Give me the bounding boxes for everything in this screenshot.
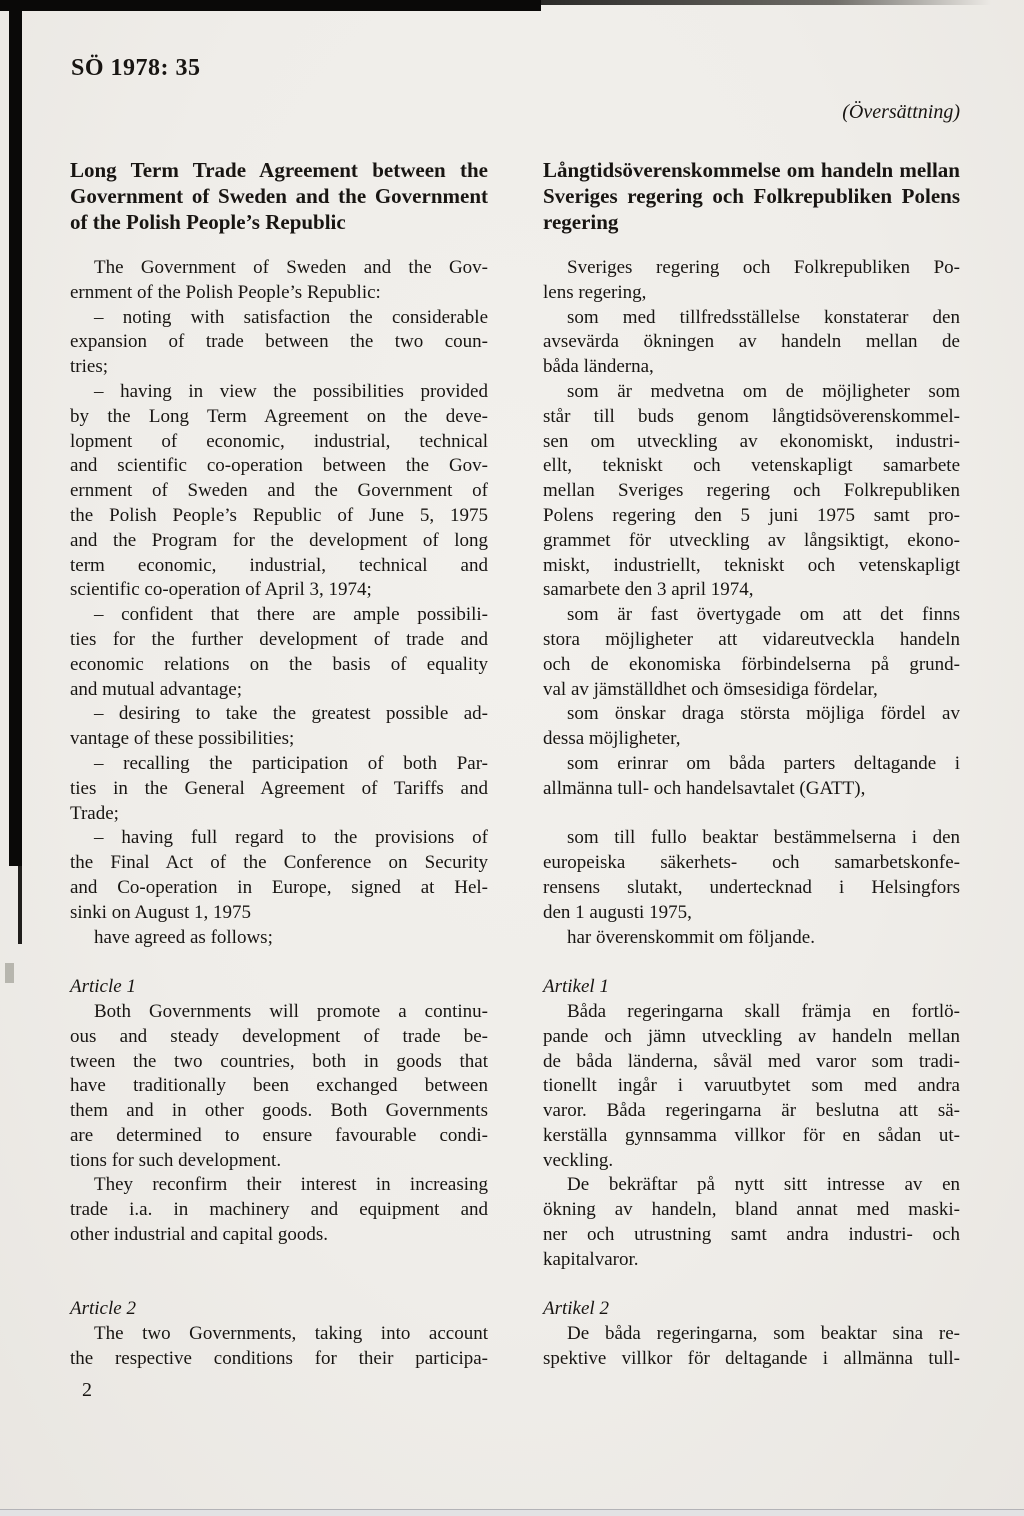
title-line: Government of Sweden and the Government (70, 183, 488, 209)
blank-space (543, 950, 960, 975)
text-line: the Final Act of the Conference on Secur… (70, 851, 488, 876)
text-line: De båda regeringarna, som beaktar sina r… (543, 1322, 960, 1347)
text-line: sen om utveckling av ekonomiskt, industr… (543, 430, 960, 455)
text-line: expansion of trade between the two coun- (70, 330, 488, 355)
text-line: and mutual advantage; (70, 678, 488, 703)
text-line: ties in the General Agreement of Tariffs… (70, 777, 488, 802)
treaty-series-number: SÖ 1978: 35 (71, 55, 201, 82)
blank-space (70, 1248, 488, 1298)
scanned-document-page: SÖ 1978: 35 (Översättning) Long Term Tra… (0, 0, 1024, 1516)
text-line: samarbete den 3 april 1974, (543, 578, 960, 603)
paragraph: som är fast övertygade om att det finnss… (543, 603, 960, 702)
text-line: ner och utrustning samt andra industri- … (543, 1223, 960, 1248)
text-line: den 1 augusti 1975, (543, 901, 960, 926)
text-line: veckling. (543, 1149, 960, 1174)
paragraph: Sveriges regering och Folkrepubliken Po-… (543, 256, 960, 306)
article-heading: Artikel 2 (543, 1297, 960, 1322)
text-line: They reconfirm their interest in increas… (70, 1173, 488, 1198)
text-line: val av jämställdhet och ömsesidiga förde… (543, 678, 960, 703)
text-line: som är fast övertygade om att det finns (543, 603, 960, 628)
text-line: The Government of Sweden and the Gov- (70, 256, 488, 281)
text-line: som erinrar om båda parters deltagande i (543, 752, 960, 777)
text-line: ties for the further development of trad… (70, 628, 488, 653)
text-line: står till buds genom långtidsöverenskomm… (543, 405, 960, 430)
translation-label: (Översättning) (543, 101, 960, 124)
paragraph: som erinrar om båda parters deltagande i… (543, 752, 960, 802)
paragraph: – recalling the participation of both Pa… (70, 752, 488, 826)
text-line: som med tillfredsställelse konstaterar d… (543, 306, 960, 331)
text-line: tionellt ingår i varuutbytet som med and… (543, 1074, 960, 1099)
title-line: of the Polish People’s Republic (70, 209, 488, 235)
paragraph: – desiring to take the greatest possible… (70, 702, 488, 752)
text-line: som är medvetna om de möjligheter som (543, 380, 960, 405)
text-line: and scientific co-operation between the … (70, 454, 488, 479)
paragraph: – having full regard to the provisions o… (70, 826, 488, 925)
paragraph: som med tillfredsställelse konstaterar d… (543, 306, 960, 380)
text-line: have agreed as follows; (70, 926, 488, 951)
text-line: spektive villkor för deltagande i allmän… (543, 1347, 960, 1372)
text-line: lopment of economic, industrial, technic… (70, 430, 488, 455)
text-line: Both Governments will promote a continu- (70, 1000, 488, 1025)
text-line: scientific co-operation of April 3, 1974… (70, 578, 488, 603)
text-line: båda länderna, (543, 355, 960, 380)
text-line: the respective conditions for their part… (70, 1347, 488, 1372)
title-line: Long Term Trade Agreement between the (70, 157, 488, 183)
text-line: tween the two countries, both in goods t… (70, 1050, 488, 1075)
text-line: lens regering, (543, 281, 960, 306)
text-line: – recalling the participation of both Pa… (70, 752, 488, 777)
text-line: are determined to ensure favourable cond… (70, 1124, 488, 1149)
page-number: 2 (82, 1379, 92, 1402)
english-title: Long Term Trade Agreement between theGov… (70, 157, 488, 235)
scan-left-edge-bar (9, 0, 22, 866)
text-line: rensens slutakt, undertecknad i Helsingf… (543, 876, 960, 901)
text-line: Båda regeringarna skall främja en fortlö… (543, 1000, 960, 1025)
text-line: – desiring to take the greatest possible… (70, 702, 488, 727)
text-line: economic relations on the basis of equal… (70, 653, 488, 678)
paragraph: har överenskommit om följande. (543, 926, 960, 951)
text-line: ernment of Sweden and the Government of (70, 479, 488, 504)
text-line: har överenskommit om följande. (543, 926, 960, 951)
text-line: Trade; (70, 802, 488, 827)
paragraph: Both Governments will promote a continu-… (70, 1000, 488, 1174)
text-line: ernment of the Polish People’s Republic: (70, 281, 488, 306)
paragraph: De bekräftar på nytt sitt intresse av en… (543, 1173, 960, 1272)
text-line: mellan Sveriges regering och Folkrepubli… (543, 479, 960, 504)
paragraph: The Government of Sweden and the Gov-ern… (70, 256, 488, 306)
paragraph: They reconfirm their interest in increas… (70, 1173, 488, 1247)
text-line: Sveriges regering och Folkrepubliken Po- (543, 256, 960, 281)
paragraph: The two Governments, taking into account… (70, 1322, 488, 1372)
paragraph: De båda regeringarna, som beaktar sina r… (543, 1322, 960, 1372)
scan-smudge-mark (5, 963, 14, 983)
paragraph: som till fullo beaktar bestämmelserna i … (543, 826, 960, 925)
text-line: som önskar draga största möjliga fördel … (543, 702, 960, 727)
text-line: ellt, tekniskt och vetenskapligt samarbe… (543, 454, 960, 479)
blank-space (70, 950, 488, 975)
paragraph: som är medvetna om de möjligheter somstå… (543, 380, 960, 603)
text-line: vantage of these possibilities; (70, 727, 488, 752)
text-line: other industrial and capital goods. (70, 1223, 488, 1248)
text-line: varor. Båda regeringarna är beslutna att… (543, 1099, 960, 1124)
paragraph: Båda regeringarna skall främja en fortlö… (543, 1000, 960, 1174)
text-line: them and in other goods. Both Government… (70, 1099, 488, 1124)
text-line: the Polish People’s Republic of June 5, … (70, 504, 488, 529)
text-line: have traditionally been exchanged betwee… (70, 1074, 488, 1099)
text-line: term economic, industrial, technical and (70, 554, 488, 579)
paragraph: – confident that there are ample possibi… (70, 603, 488, 702)
text-line: The two Governments, taking into account (70, 1322, 488, 1347)
scan-top-edge-line (541, 0, 991, 5)
paragraph: som önskar draga största möjliga fördel … (543, 702, 960, 752)
text-line: Polens regering den 5 juni 1975 samt pro… (543, 504, 960, 529)
text-line: sinki on August 1, 1975 (70, 901, 488, 926)
article-heading: Article 2 (70, 1297, 488, 1322)
text-line: ous and steady development of trade be- (70, 1025, 488, 1050)
text-line: kapitalvaror. (543, 1248, 960, 1273)
blank-space (543, 802, 960, 827)
text-line: – having in view the possibilities provi… (70, 380, 488, 405)
swedish-title: Långtidsöverenskommelse om handeln mella… (543, 157, 960, 235)
text-line: miskt, industriellt, tekniskt och vetens… (543, 554, 960, 579)
paragraph: have agreed as follows; (70, 926, 488, 951)
text-line: ökning av handeln, bland annat med maski… (543, 1198, 960, 1223)
text-line: tions for such development. (70, 1149, 488, 1174)
text-line: allmänna tull- och handelsavtalet (GATT)… (543, 777, 960, 802)
english-column: The Government of Sweden and the Gov-ern… (70, 256, 488, 1372)
text-line: grammet för utveckling av långsiktigt, e… (543, 529, 960, 554)
title-line: regering (543, 209, 960, 235)
paragraph: – noting with satisfaction the considera… (70, 306, 488, 380)
text-line: – having full regard to the provisions o… (70, 826, 488, 851)
article-heading: Article 1 (70, 975, 488, 1000)
article-heading: Artikel 1 (543, 975, 960, 1000)
swedish-column: Sveriges regering och Folkrepubliken Po-… (543, 256, 960, 1372)
text-line: pande och jämn utveckling av handeln mel… (543, 1025, 960, 1050)
text-line: tries; (70, 355, 488, 380)
text-line: kerställa gynnsamma villkor för en sådan… (543, 1124, 960, 1149)
paragraph: – having in view the possibilities provi… (70, 380, 488, 603)
text-line: and Co-operation in Europe, signed at He… (70, 876, 488, 901)
text-line: De bekräftar på nytt sitt intresse av en (543, 1173, 960, 1198)
text-line: de båda länderna, såväl med varor som tr… (543, 1050, 960, 1075)
text-line: – confident that there are ample possibi… (70, 603, 488, 628)
text-line: stora möjligheter att vidareutveckla han… (543, 628, 960, 653)
title-line: Långtidsöverenskommelse om handeln mella… (543, 157, 960, 183)
text-line: avsevärda ökningen av handeln mellan de (543, 330, 960, 355)
text-line: som till fullo beaktar bestämmelserna i … (543, 826, 960, 851)
text-line: europeiska säkerhets- och samarbetskonfe… (543, 851, 960, 876)
text-line: – noting with satisfaction the considera… (70, 306, 488, 331)
text-line: och de ekonomiska förbindelserna på grun… (543, 653, 960, 678)
scan-bottom-edge (0, 1509, 1024, 1516)
scan-left-edge-line (18, 866, 22, 944)
blank-space (543, 1273, 960, 1298)
text-line: dessa möjligheter, (543, 727, 960, 752)
text-line: trade i.a. in machinery and equipment an… (70, 1198, 488, 1223)
scan-top-edge-bar (0, 0, 541, 11)
title-line: Sveriges regering och Folkrepubliken Pol… (543, 183, 960, 209)
text-line: and the Program for the development of l… (70, 529, 488, 554)
text-line: by the Long Term Agreement on the deve- (70, 405, 488, 430)
